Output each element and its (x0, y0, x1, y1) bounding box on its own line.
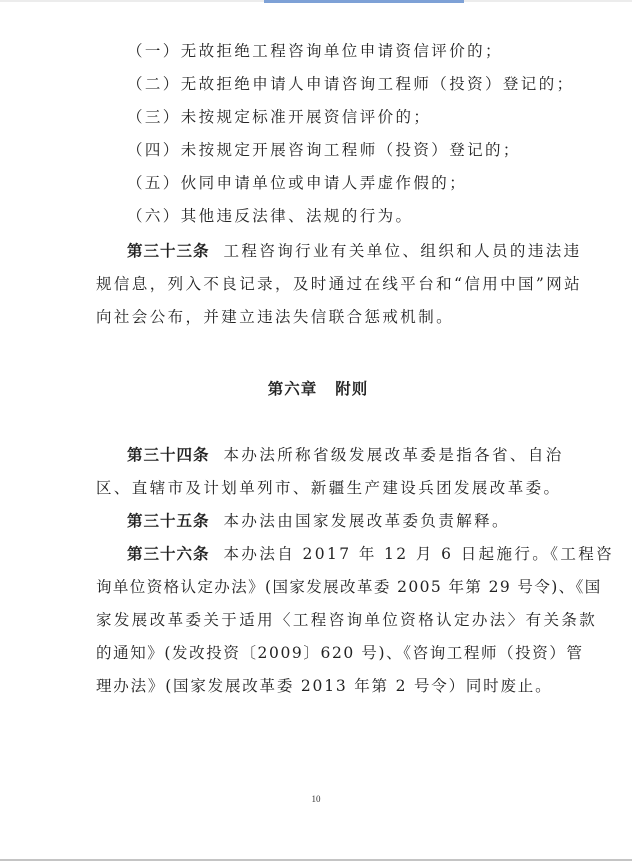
list-item: （四）未按规定开展咨询工程师（投资）登记的； (127, 137, 521, 163)
page-number: 10 (0, 794, 632, 804)
article-33-title: 第三十三条 (127, 242, 210, 260)
article-36-title: 第三十六条 (127, 545, 210, 563)
article-35-title: 第三十五条 (127, 512, 210, 530)
chapter-number: 第六章 (268, 380, 318, 398)
list-item: （二）无故拒绝申请人申请咨询工程师（投资）登记的； (127, 71, 575, 97)
chapter-title: 附则 (335, 380, 368, 398)
list-item: （五）伙同申请单位或申请人弄虚作假的； (127, 170, 467, 196)
article-34-title: 第三十四条 (127, 446, 210, 464)
article-36-line-1: 第三十六条本办法自 2017 年 12 月 6 日起施行。《工程咨 (127, 541, 614, 567)
article-36-text: 本办法自 2017 年 12 月 6 日起施行。《工程咨 (224, 545, 615, 563)
article-35-line-1: 第三十五条本办法由国家发展改革委负责解释。 (127, 508, 510, 534)
list-item: （六）其他违反法律、法规的行为。 (127, 203, 413, 229)
article-33-line-1: 第三十三条工程咨询行业有关单位、组织和人员的违法违 (127, 238, 582, 264)
article-34-text: 本办法所称省级发展改革委是指各省、自治 (224, 446, 564, 464)
article-34-line-2: 区、直辖市及计划单列市、新疆生产建设兵团发展改革委。 (96, 475, 561, 501)
article-36-line-3: 家发展改革委关于适用〈工程咨询单位资格认定办法〉有关条款 (96, 607, 597, 633)
article-33-text: 工程咨询行业有关单位、组织和人员的违法违 (224, 242, 582, 260)
list-item: （一）无故拒绝工程咨询单位申请资信评价的； (127, 38, 503, 64)
chapter-heading: 第六章附则 (96, 376, 540, 402)
article-35-text: 本办法由国家发展改革委负责解释。 (224, 512, 510, 530)
article-33-line-2: 规信息，列入不良记录，及时通过在线平台和“信用中国”网站 (96, 271, 582, 297)
article-36-line-2: 询单位资格认定办法》(国家发展改革委 2005 年第 29 号令)、《国 (96, 574, 602, 600)
article-36-line-5: 理办法》(国家发展改革委 2013 年第 2 号令）同时废止。 (96, 673, 552, 699)
article-33-line-3: 向社会公布，并建立违法失信联合惩戒机制。 (96, 304, 454, 330)
article-36-line-4: 的通知》(发改投资〔2009〕620 号)、《咨询工程师（投资）管 (96, 640, 584, 666)
top-tab-indicator (264, 0, 464, 3)
list-item: （三）未按规定标准开展资信评价的； (127, 104, 431, 130)
article-34-line-1: 第三十四条本办法所称省级发展改革委是指各省、自治 (127, 442, 564, 468)
